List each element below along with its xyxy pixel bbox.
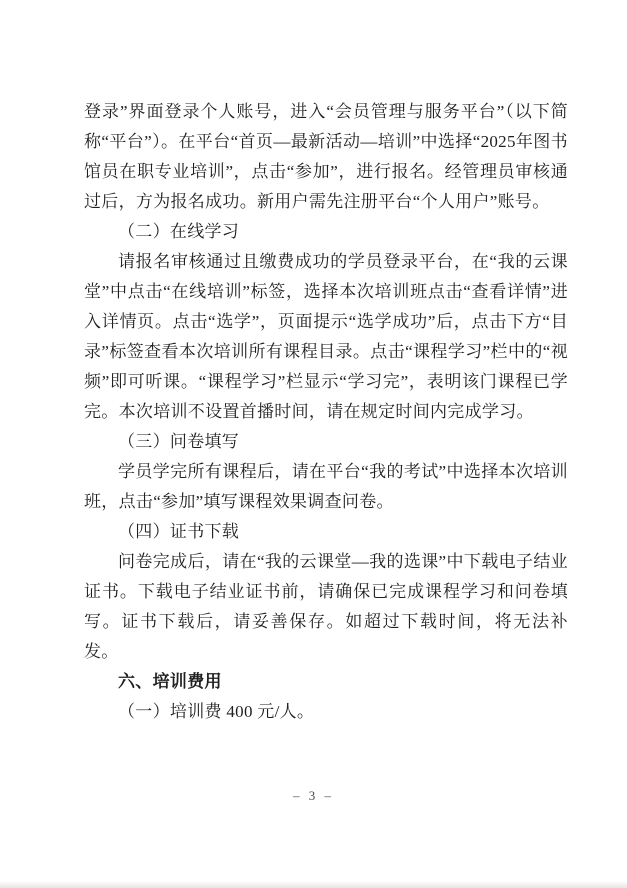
heading-training-fee: 六、培训费用	[84, 667, 568, 697]
document-body: 登录”界面登录个人账号，进入“会员管理与服务平台”（以下简称“平台”）。在平台“…	[84, 97, 568, 727]
document-page: 登录”界面登录个人账号，进入“会员管理与服务平台”（以下简称“平台”）。在平台“…	[0, 0, 627, 888]
paragraph-certificate-download: 问卷完成后，请在“我的云课堂—我的选课”中下载电子结业证书。下载电子结业证书前，…	[84, 547, 568, 667]
paragraph-questionnaire: 学员学完所有课程后，请在平台“我的考试”中选择本次培训班，点击“参加”填写课程效…	[84, 457, 568, 517]
subheading-certificate-download: （四）证书下载	[84, 517, 568, 547]
paragraph-training-fee: （一）培训费 400 元/人。	[84, 697, 568, 727]
page-number: – 3 –	[0, 787, 627, 805]
scan-edge-shadow	[0, 881, 627, 888]
subheading-questionnaire: （三）问卷填写	[84, 427, 568, 457]
paragraph-online-learning: 请报名审核通过且缴费成功的学员登录平台，在“我的云课堂”中点击“在线培训”标签，…	[84, 247, 568, 427]
subheading-online-learning: （二）在线学习	[84, 217, 568, 247]
paragraph-registration-continued: 登录”界面登录个人账号，进入“会员管理与服务平台”（以下简称“平台”）。在平台“…	[84, 97, 568, 217]
